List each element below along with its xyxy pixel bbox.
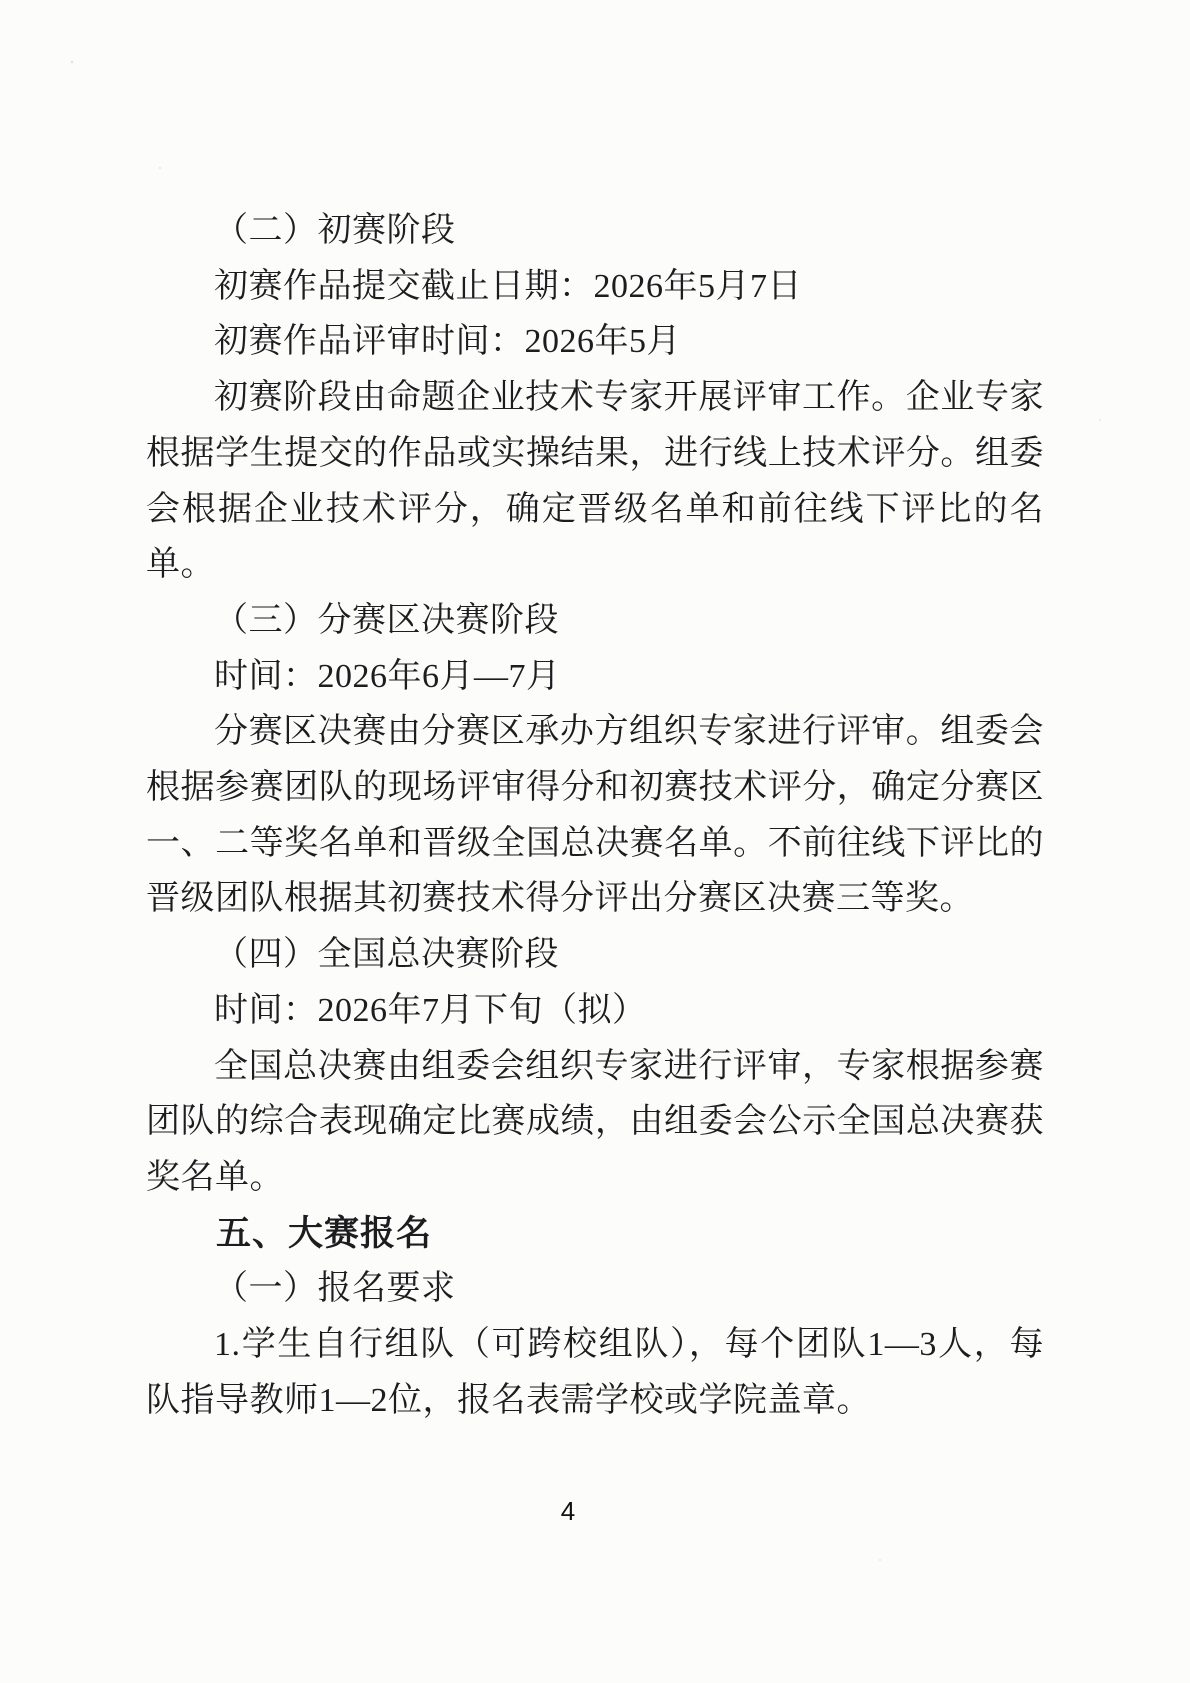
- meta-line-regional-final-time: 时间：2026年6月—7月: [146, 649, 1044, 705]
- subsection-heading-national-final: （四）全国总决赛阶段: [146, 927, 1044, 983]
- subsection-heading-registration-requirements: （一）报名要求: [146, 1261, 1044, 1317]
- document-content: （二）初赛阶段 初赛作品提交截止日期：2026年5月7日 初赛作品评审时间：20…: [146, 203, 1044, 1428]
- paragraph-national-final-detail: 全国总决赛由组委会组织专家进行评审，专家根据参赛团队的综合表现确定比赛成绩，由组…: [146, 1039, 1044, 1206]
- section-heading-registration: 五、大赛报名: [146, 1206, 1044, 1262]
- subsection-heading-regional-final: （三）分赛区决赛阶段: [146, 593, 1044, 649]
- paragraph-preliminary-stage-detail: 初赛阶段由命题企业技术专家开展评审工作。企业专家根据学生提交的作品或实操结果，进…: [146, 370, 1044, 593]
- paragraph-regional-final-detail: 分赛区决赛由分赛区承办方组织专家进行评审。组委会根据参赛团队的现场评审得分和初赛…: [146, 704, 1044, 927]
- meta-line-review-time: 初赛作品评审时间：2026年5月: [146, 314, 1044, 370]
- meta-line-national-final-time: 时间：2026年7月下旬（拟）: [146, 983, 1044, 1039]
- paragraph-registration-requirement-1: 1.学生自行组队（可跨校组队），每个团队1—3人，每队指导教师1—2位，报名表需…: [146, 1317, 1044, 1428]
- document-page: （二）初赛阶段 初赛作品提交截止日期：2026年5月7日 初赛作品评审时间：20…: [0, 0, 1190, 1683]
- subsection-heading-preliminary-stage: （二）初赛阶段: [146, 203, 1044, 259]
- page-footer: 4: [0, 1496, 1136, 1527]
- page-number: 4: [561, 1496, 575, 1526]
- meta-line-submission-deadline: 初赛作品提交截止日期：2026年5月7日: [146, 259, 1044, 315]
